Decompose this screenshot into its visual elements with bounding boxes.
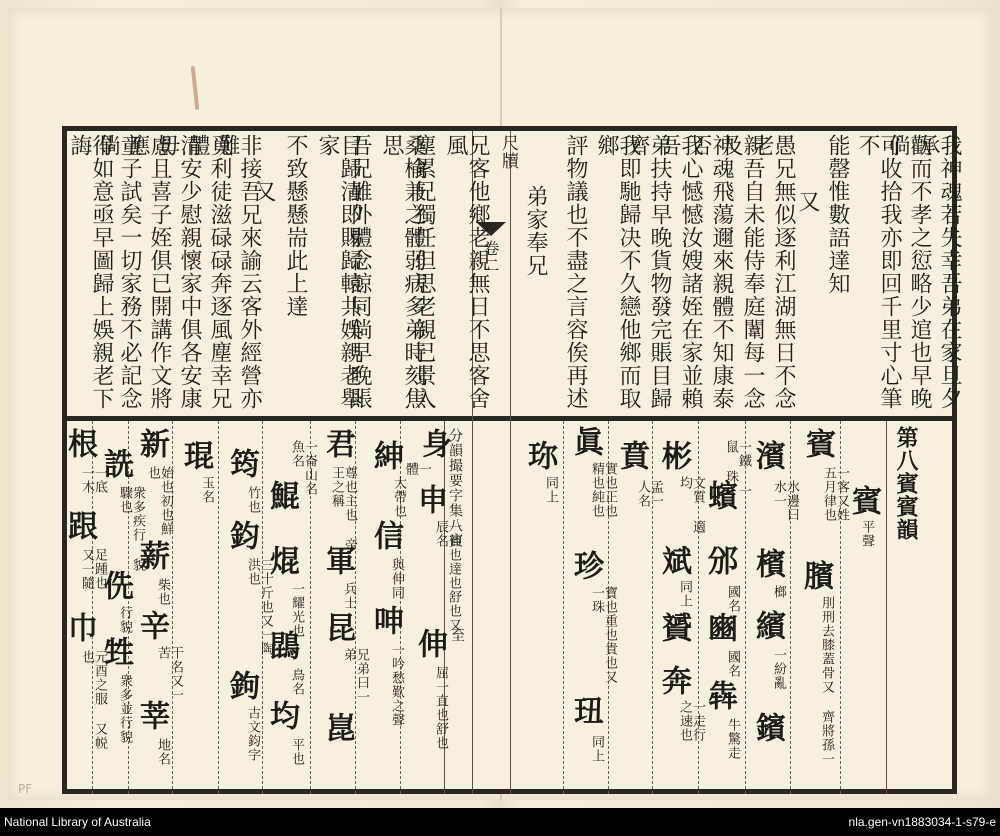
gloss: 一體 — [404, 462, 430, 482]
item-identifier: nla.gen-vn1883034-1-s79-e — [849, 815, 996, 829]
headword: 伸 — [414, 628, 444, 664]
headword: 賁 — [616, 440, 646, 476]
headword: 君 — [322, 428, 352, 464]
text-column: 能罄惟數語達知 — [826, 134, 848, 410]
gloss: 衆多並行貌 — [118, 674, 131, 764]
column-rule — [563, 421, 565, 794]
gloss: 一伸也達也舒也又辰名 — [434, 520, 460, 640]
gloss: 鳥名 — [290, 668, 303, 698]
headword: 㺲 — [570, 695, 600, 731]
headword: 紳 — [370, 440, 400, 476]
headword: 珎 — [524, 440, 554, 476]
gloss: 同上 — [590, 735, 603, 775]
gloss: 文質 適均 — [678, 476, 704, 536]
headword: 昆 — [322, 612, 352, 648]
fold-rule-right — [510, 131, 511, 794]
headword: 信 — [370, 520, 400, 556]
column-rule — [790, 421, 792, 794]
text-column: 得如意亟早圖歸上娛親老下誨 — [68, 134, 112, 410]
gloss: 水邊曰 水一 — [772, 480, 798, 550]
headword: 均 — [266, 700, 296, 736]
text-column: 評物議也不盡之言容俟再述 — [564, 134, 586, 410]
headword: 奔 — [658, 665, 688, 701]
headword: 賓 — [802, 428, 832, 464]
library-name: National Library of Australia — [4, 815, 151, 829]
text-column: 我即馳歸决不久戀他鄉而取鄉 — [595, 134, 639, 410]
headword: 賓 — [848, 485, 878, 525]
gloss: 行貌 — [118, 606, 131, 636]
text-column: 不致懸懸耑此上達 — [284, 134, 306, 410]
gloss: 榔 — [772, 585, 785, 605]
gloss: 屈一直也舒也 — [434, 666, 447, 776]
gloss: 三十斤也又一陶洪也 — [246, 558, 272, 668]
column-rule — [886, 421, 887, 794]
column-rule — [652, 421, 654, 794]
gloss: 竹也 — [246, 486, 259, 516]
gloss: 國名 — [726, 650, 739, 680]
headword: 豳 — [704, 612, 734, 648]
headword: 申 — [414, 484, 444, 520]
text-column: 目歸清即賜歸轅共娛親老舉家 — [316, 134, 360, 410]
gloss: 干名又一苦 — [156, 646, 182, 706]
scanned-page: PF 尺牘 卷二 分韻撮要字集八賓 至 我神魂若失幸吾弟在家旦夕承 歡而不孝之愆… — [0, 0, 1000, 808]
gloss: 國名 — [726, 585, 739, 615]
gloss: 衆多疾行 貌驟也 — [118, 486, 144, 576]
text-column: 弟家奉兄 — [524, 185, 546, 461]
gloss: 元酉之服 又帨也 — [80, 650, 106, 750]
gloss: 一客又姓 五月律也 — [822, 466, 848, 546]
headword: 莘 — [136, 700, 166, 736]
gloss: 一吟愁歎之聲 — [390, 643, 403, 743]
gloss: 一底 一木 — [80, 466, 106, 506]
headword: 鉤 — [226, 670, 256, 706]
headword: 鑌 — [752, 712, 782, 748]
gloss: 柴也 — [156, 578, 169, 608]
gloss: 牛驚走 — [726, 718, 739, 768]
headword: 臏 — [800, 560, 830, 596]
headword: 邠 — [704, 545, 734, 581]
headword: 繽 — [752, 610, 782, 646]
gloss: 同上 — [678, 580, 691, 610]
archive-footer-bar: National Library of Australia nla.gen-vn… — [0, 808, 1000, 836]
headword: 斌 — [658, 545, 688, 581]
headword: 眞 — [570, 426, 600, 462]
headword: 珍 — [570, 550, 600, 586]
column-rule — [218, 421, 220, 794]
headword: 鈞 — [226, 520, 256, 556]
gloss: 一走行 之速也 — [678, 700, 704, 770]
gloss: 兄弟曰一弟 — [342, 648, 368, 708]
gloss: 實也正也 精也純也 — [590, 462, 616, 542]
gloss: 古文鈞字 — [246, 706, 259, 766]
headword: 跟 — [64, 510, 94, 546]
gloss: 同上 — [544, 476, 557, 506]
margin-note: PF — [18, 782, 32, 796]
gloss: 孟一 人名 — [636, 480, 662, 520]
headword: 濱 — [752, 440, 782, 476]
gloss: 尊也主也 帝王之稱 — [330, 466, 356, 556]
gloss: 平也 — [290, 738, 303, 768]
gloss: 平聲 — [860, 520, 873, 560]
gloss: 足踵也 又一隨 — [80, 548, 106, 618]
headword: 新 — [136, 428, 166, 464]
text-column: 兄客他鄉老親無日不思客舍風 — [444, 134, 488, 410]
gloss: 寶也重也貴也又一珠 — [590, 586, 616, 696]
gloss: 地名 — [156, 738, 169, 768]
headword: 蠙 — [704, 480, 734, 516]
headword: 身 — [418, 428, 448, 464]
text-column: 桑榆兼之體弱病多弟時刻焦思 — [380, 134, 424, 410]
gloss: 刖刑去膝蓋骨又 齊將孫一 — [820, 596, 833, 766]
headword: 筠 — [226, 448, 256, 484]
headword: 呻 — [370, 605, 400, 641]
headword: 琨 — [180, 440, 210, 476]
headword: 崑 — [322, 712, 352, 748]
gloss: 兵士 — [342, 582, 355, 612]
headword: 軍 — [322, 545, 352, 581]
headword: 巾 — [64, 612, 94, 648]
gloss: 一紛亂 — [772, 648, 785, 708]
gloss: 玉名 — [200, 476, 213, 506]
text-column: 可收拾我亦即回千里寸心筆不 — [856, 134, 900, 410]
headword: 彬 — [658, 440, 688, 476]
headword: 鯤 — [266, 480, 296, 516]
headword: 根 — [64, 428, 94, 464]
text-column: 又 — [796, 190, 818, 466]
headword: 辛 — [136, 610, 166, 646]
headword: 贇 — [658, 612, 688, 648]
section-title: 第八賓賓韻 — [895, 426, 917, 576]
gloss: 始也初也鮮也 — [146, 466, 172, 546]
headword: 犇 — [704, 680, 734, 716]
headword: 檳 — [752, 548, 782, 584]
